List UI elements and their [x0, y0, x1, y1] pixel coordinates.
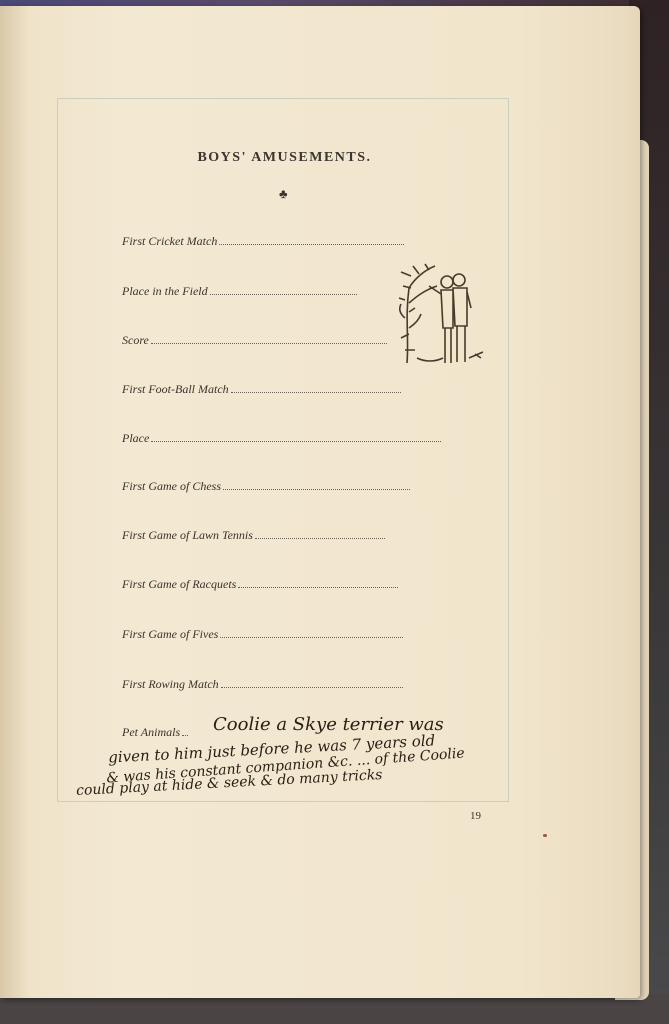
field-label: Place	[122, 431, 149, 446]
field-label: First Game of Fives	[122, 627, 218, 642]
field-first-game-of-fives: First Game of Fives	[122, 627, 403, 642]
field-blank-line	[221, 678, 403, 688]
field-blank-line	[210, 285, 357, 295]
field-blank-line	[223, 480, 410, 490]
field-label: First Cricket Match	[122, 234, 217, 249]
field-place: Place	[122, 431, 441, 446]
field-blank-line	[231, 383, 401, 393]
field-first-cricket-match: First Cricket Match	[122, 234, 404, 249]
field-blank-line	[238, 578, 398, 588]
field-score: Score	[122, 333, 387, 348]
page-number: 19	[470, 810, 481, 822]
field-pet-animals: Pet Animals	[122, 725, 188, 740]
page-title: BOYS' AMUSEMENTS.	[0, 150, 569, 166]
field-label: First Rowing Match	[122, 677, 219, 692]
field-label: First Game of Racquets	[122, 577, 236, 592]
ornament-icon: ♣	[279, 186, 288, 202]
field-first-game-of-chess: First Game of Chess	[122, 479, 410, 494]
field-first-foot-ball-match: First Foot-Ball Match	[122, 382, 401, 397]
field-blank-line	[220, 628, 403, 638]
field-blank-line	[151, 334, 387, 344]
field-place-in-the-field: Place in the Field	[122, 284, 357, 299]
printed-frame	[57, 98, 509, 802]
field-first-game-of-lawn-tennis: First Game of Lawn Tennis	[122, 528, 385, 543]
field-label: First Game of Chess	[122, 479, 221, 494]
field-label: First Game of Lawn Tennis	[122, 528, 253, 543]
field-label: Pet Animals	[122, 725, 180, 740]
background-bottom	[0, 994, 669, 1024]
two-boys-tree-illustration-icon	[395, 258, 490, 373]
field-first-game-of-racquets: First Game of Racquets	[122, 577, 398, 592]
field-blank-line	[255, 529, 385, 539]
field-label: Place in the Field	[122, 284, 208, 299]
field-label: First Foot-Ball Match	[122, 382, 229, 397]
field-label: Score	[122, 333, 149, 348]
field-blank-line	[151, 432, 441, 442]
field-blank-line	[182, 726, 188, 736]
field-first-rowing-match: First Rowing Match	[122, 677, 403, 692]
field-blank-line	[219, 235, 404, 245]
paper-stain	[543, 834, 547, 837]
